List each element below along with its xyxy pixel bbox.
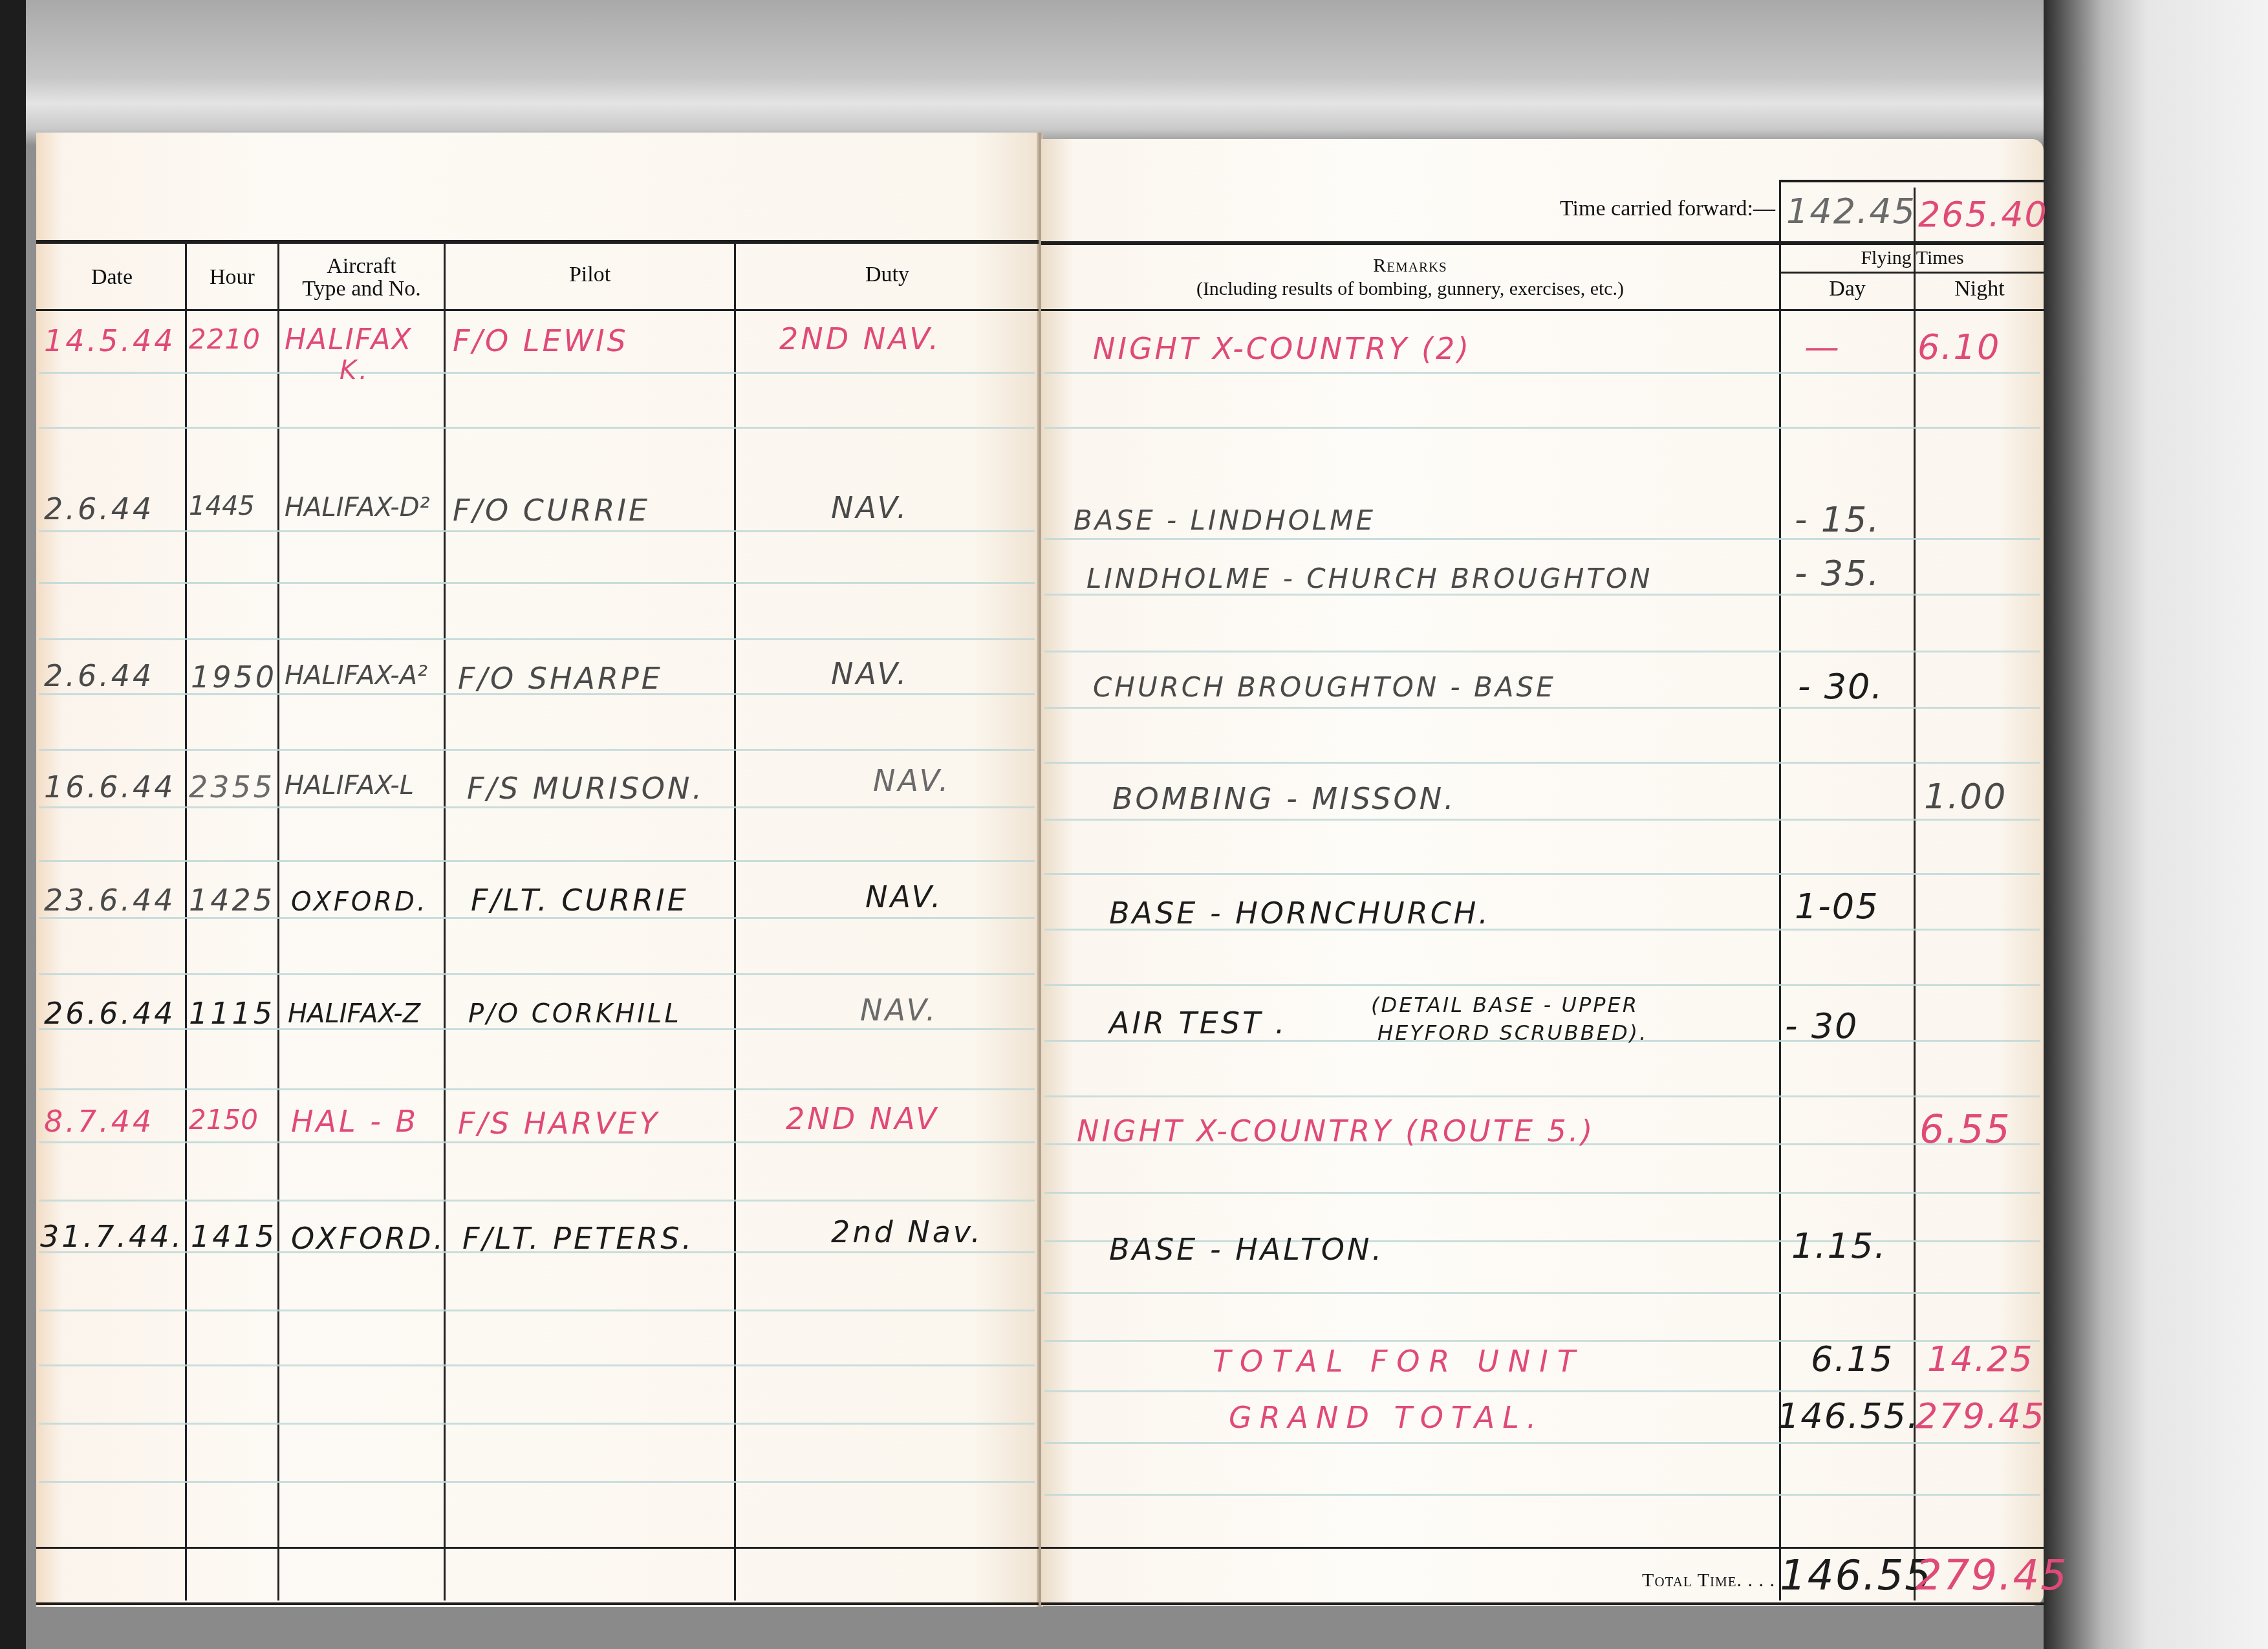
ruled-line bbox=[39, 530, 1035, 532]
header-day: Day bbox=[1781, 277, 1914, 301]
ruled-line bbox=[1044, 762, 2040, 764]
entry-remarks: BASE - HORNCHURCH. bbox=[1109, 896, 1491, 931]
col-divider-pilot-duty bbox=[734, 242, 736, 1600]
entry-aircraft-sub: K. bbox=[340, 356, 370, 385]
entry-pilot: F/O SHARPE bbox=[458, 661, 663, 696]
ruled-line bbox=[1044, 1292, 2040, 1294]
ruled-line bbox=[1044, 1442, 2040, 1444]
entry-hour: 2150 bbox=[189, 1104, 258, 1136]
header-flying-times: Flying Times bbox=[1781, 246, 2044, 270]
ruled-line bbox=[39, 806, 1035, 808]
entry-date: 16.6.44 bbox=[44, 770, 176, 804]
entry-aircraft: OXFORD. bbox=[291, 887, 428, 917]
entry-remarks: BASE - LINDHOLME bbox=[1074, 504, 1376, 536]
col-divider-aircraft-pilot bbox=[444, 242, 446, 1600]
entry-remarks: NIGHT X-COUNTRY (2) bbox=[1093, 331, 1471, 366]
ruled-line bbox=[39, 860, 1035, 862]
entry-date: 8.7.44 bbox=[44, 1104, 154, 1139]
entry-duty: NAV. bbox=[860, 993, 938, 1028]
entry-date: 26.6.44 bbox=[44, 996, 176, 1031]
total-time-label: Total Time. . . . bbox=[1487, 1568, 1775, 1593]
scanner-left-edge bbox=[0, 0, 26, 1649]
entry-pilot: P/O CORKHILL bbox=[468, 999, 682, 1029]
ruled-line bbox=[39, 1141, 1035, 1143]
ruled-line bbox=[39, 1200, 1035, 1202]
right-header-bottom-rule bbox=[1041, 309, 2044, 311]
ruled-line bbox=[1044, 707, 2040, 709]
header-date: Date bbox=[39, 265, 185, 290]
entry-day: 1-05 bbox=[1795, 886, 1879, 927]
entry-day: - 30. bbox=[1798, 666, 1884, 707]
ruled-line bbox=[1044, 1390, 2040, 1392]
ruled-line bbox=[1044, 873, 2040, 875]
ruled-line bbox=[1044, 1095, 2040, 1097]
entry-day: - 35. bbox=[1795, 553, 1881, 594]
entry-day: - 30 bbox=[1785, 1006, 1858, 1046]
entry-duty: 2nd Nav. bbox=[831, 1214, 983, 1249]
entry-hour: 2355 bbox=[189, 770, 275, 804]
entry-aircraft: HALIFAX-Z bbox=[288, 999, 420, 1029]
ruled-line bbox=[1044, 651, 2040, 652]
total-for-unit-day: 6.15 bbox=[1811, 1339, 1894, 1379]
header-hour: Hour bbox=[187, 265, 277, 290]
ruled-line bbox=[1044, 984, 2040, 986]
entry-pilot: F/S MURISON. bbox=[467, 771, 704, 806]
left-bottom-rule bbox=[36, 1602, 1039, 1605]
total-for-unit-night: 14.25 bbox=[1927, 1339, 2034, 1379]
ruled-line bbox=[39, 1088, 1035, 1090]
ruled-line bbox=[39, 1364, 1035, 1366]
grand-total-label: GRAND TOTAL. bbox=[1229, 1400, 1544, 1435]
ruled-line bbox=[39, 582, 1035, 584]
entry-day: - 15. bbox=[1795, 499, 1881, 540]
entry-date: 2.6.44 bbox=[44, 491, 154, 526]
entry-night: 6.55 bbox=[1919, 1107, 2011, 1152]
entry-duty: NAV. bbox=[831, 490, 909, 525]
entry-remarks: BASE - HALTON. bbox=[1109, 1232, 1384, 1267]
entry-date: 2.6.44 bbox=[44, 658, 154, 693]
entry-remarks: CHURCH BROUGHTON - BASE bbox=[1093, 671, 1556, 703]
total-time-day: 146.55 bbox=[1780, 1552, 1932, 1600]
entry-pilot: F/O CURRIE bbox=[453, 493, 650, 528]
entry-remarks: NIGHT X-COUNTRY (ROUTE 5.) bbox=[1077, 1114, 1595, 1148]
ruled-line bbox=[39, 427, 1035, 429]
flying-times-rule bbox=[1779, 272, 2044, 274]
carried-forward-night: 265.40 bbox=[1918, 194, 2048, 235]
ruled-line bbox=[1044, 372, 2040, 374]
carried-forward-label: Time carried forward:— bbox=[1423, 197, 1775, 221]
ruled-line bbox=[39, 1309, 1035, 1311]
total-time-night: 279.45 bbox=[1916, 1552, 2068, 1600]
ruled-line bbox=[39, 1423, 1035, 1425]
header-aircraft-line2: Type and No. bbox=[279, 277, 444, 301]
left-footer-rule bbox=[36, 1547, 1039, 1549]
entry-duty: NAV. bbox=[873, 763, 951, 798]
entry-remarks-note-line1: (DETAIL BASE - UPPER bbox=[1371, 993, 1639, 1017]
col-divider-day-night bbox=[1914, 188, 1916, 1600]
ruled-line bbox=[39, 1481, 1035, 1483]
col-divider-hour-aircraft bbox=[277, 242, 279, 1600]
entry-remarks: BOMBING - MISSON. bbox=[1112, 781, 1456, 816]
ruled-line bbox=[39, 638, 1035, 640]
entry-date: 14.5.44 bbox=[44, 323, 176, 358]
entry-hour: 1115 bbox=[189, 996, 275, 1031]
carried-forward-top-rule bbox=[1779, 180, 2044, 182]
ruled-line bbox=[39, 372, 1035, 374]
entry-duty: 2ND NAV. bbox=[779, 321, 941, 356]
entry-duty: NAV. bbox=[831, 656, 909, 691]
total-for-unit-label: TOTAL FOR UNIT bbox=[1213, 1344, 1584, 1379]
ruled-line bbox=[1044, 1494, 2040, 1496]
grand-total-day: 146.55. bbox=[1777, 1396, 1919, 1436]
entry-pilot: F/LT. PETERS. bbox=[462, 1221, 694, 1256]
entry-duty: 2ND NAV bbox=[786, 1101, 939, 1136]
ruled-line bbox=[39, 973, 1035, 975]
grand-total-night: 279.45 bbox=[1916, 1396, 2046, 1436]
entry-hour: 1445 bbox=[189, 491, 255, 521]
entry-date: 31.7.44. bbox=[40, 1219, 184, 1254]
entry-pilot: F/LT. CURRIE bbox=[471, 883, 689, 918]
entry-pilot: F/S HARVEY bbox=[458, 1106, 660, 1141]
ruled-line bbox=[1044, 819, 2040, 821]
header-duty: Duty bbox=[736, 263, 1039, 287]
entry-night: 1.00 bbox=[1924, 776, 2007, 817]
carried-forward-day: 142.45 bbox=[1786, 191, 1916, 232]
right-header-top-rule bbox=[1041, 241, 2044, 245]
entry-aircraft: OXFORD. bbox=[291, 1221, 446, 1256]
ruled-line bbox=[1044, 427, 2040, 429]
col-divider-remarks-day bbox=[1779, 181, 1781, 1600]
entry-hour: 2210 bbox=[189, 323, 261, 355]
right-bottom-rule bbox=[1041, 1602, 2044, 1605]
header-remarks-title: Remarks bbox=[1041, 253, 1779, 278]
entry-pilot: F/O LEWIS bbox=[453, 323, 629, 358]
right-footer-rule bbox=[1041, 1547, 2044, 1549]
ruled-line bbox=[1044, 1192, 2040, 1194]
entry-day: 1.15. bbox=[1791, 1225, 1886, 1266]
entry-remarks: AIR TEST . bbox=[1109, 1006, 1287, 1040]
entry-remarks-note-line2: HEYFORD SCRUBBED). bbox=[1377, 1020, 1648, 1045]
entry-aircraft: HALIFAX bbox=[285, 323, 413, 356]
entry-remarks: LINDHOLME - CHURCH BROUGHTON bbox=[1086, 563, 1652, 594]
entry-hour: 1415 bbox=[191, 1219, 277, 1254]
ruled-line bbox=[1044, 538, 2040, 540]
scanner-background bbox=[2044, 0, 2268, 1649]
entry-hour: 1425 bbox=[189, 883, 275, 918]
entry-aircraft: HALIFAX-A² bbox=[285, 661, 427, 691]
entry-aircraft: HAL - B bbox=[291, 1104, 418, 1139]
header-night: Night bbox=[1916, 277, 2044, 301]
entry-duty: NAV. bbox=[865, 879, 943, 914]
header-pilot: Pilot bbox=[446, 263, 734, 287]
entry-day: — bbox=[1804, 327, 1841, 367]
header-aircraft-line1: Aircraft bbox=[279, 254, 444, 279]
col-divider-date-hour bbox=[185, 242, 187, 1600]
entry-night: 6.10 bbox=[1917, 327, 2000, 367]
entry-hour: 1950 bbox=[191, 660, 277, 695]
entry-aircraft: HALIFAX-L bbox=[285, 771, 414, 801]
header-remarks-subtitle: (Including results of bombing, gunnery, … bbox=[1041, 277, 1779, 301]
ruled-line bbox=[39, 749, 1035, 751]
entry-date: 23.6.44 bbox=[44, 883, 176, 918]
entry-aircraft: HALIFAX-D² bbox=[285, 493, 430, 523]
